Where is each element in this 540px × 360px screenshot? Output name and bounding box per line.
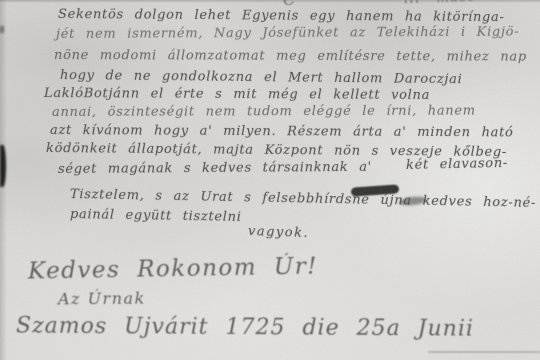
left-edge-speck xyxy=(0,26,4,33)
handwriting-line: Sekentös dolgon lehet Egyenis egy hanem … xyxy=(58,7,505,25)
handwriting-line: séget magának s kedves társainknak a' xyxy=(58,160,372,177)
handwriting-line: annai, öszinteségit nem tudom eléggé le … xyxy=(52,104,476,120)
handwriting-line: nöne modomi állomzatomat meg említésre t… xyxy=(54,48,527,65)
handwriting-line: azt kívánom hogy a' milyen. Részem árta … xyxy=(50,123,514,140)
addressee-line: Az Úrnak xyxy=(58,289,146,309)
handwriting-line: LaklóBotjánn el érte s mit még el kellet… xyxy=(44,86,430,103)
handwriting-line: painál együtt tisztelni xyxy=(70,207,242,225)
handwriting-line: két elavason- xyxy=(406,156,508,173)
dateline: Szamos Ujvárit 1725 die 25a Junii xyxy=(16,313,474,341)
scanned-letter-page: " C ill mást Sekentös dolgon lehet Egyen… xyxy=(0,0,540,360)
top-cutoff-fragment: " xyxy=(201,0,209,6)
left-edge-scan-artifact xyxy=(0,145,6,187)
handwriting-line: hogy de ne gondolkozna el Mert hallom Da… xyxy=(60,68,463,87)
closing-salutation: Kedves Rokonom Úr! xyxy=(28,253,318,284)
handwriting-line: jét nem ismerném, Nagy Jósefünket az Tel… xyxy=(56,25,519,42)
top-cutoff-fragment: ill mást xyxy=(404,0,475,7)
bottom-scratch-line xyxy=(428,351,540,353)
handwriting-line-overflow: vagyok. xyxy=(248,224,310,241)
